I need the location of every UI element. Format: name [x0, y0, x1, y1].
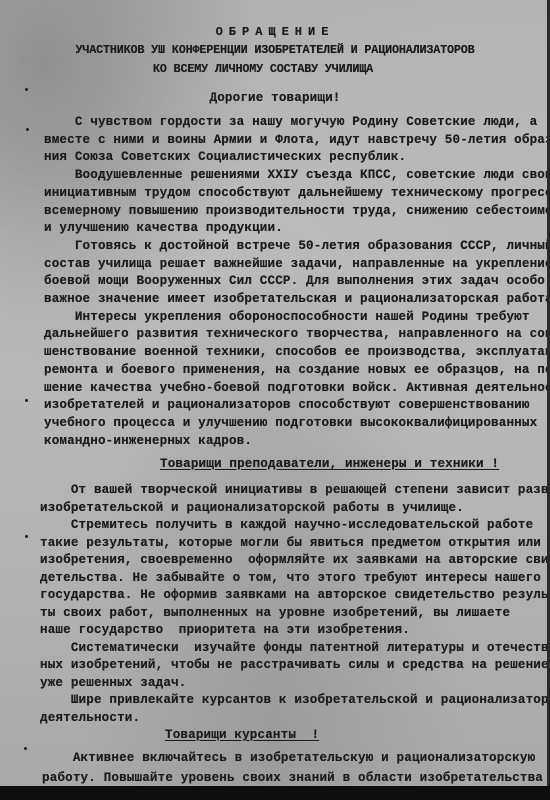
text-line: Шире привлекайте курсантов к изобретател… — [40, 692, 550, 708]
punch-hole-mark — [25, 399, 28, 402]
text-line: ния Союза Советских Социалистических рес… — [44, 149, 406, 165]
text-line: Систематически изучайте фонды патентной … — [40, 640, 550, 656]
subtitle-line-2: КО ВСЕМУ ЛИЧНОМУ СОСТАВУ УЧИЛИЩА — [0, 61, 538, 77]
text-line: изобретателей и рационализаторов способс… — [44, 397, 530, 413]
text-line: всемерному повышению производительности … — [44, 203, 550, 219]
text-line: важное значение имеет изобретательская и… — [44, 291, 550, 307]
text-line: Интересы укрепления обороноспособности н… — [44, 309, 530, 325]
text-line: дальнейшего развития технического творче… — [44, 326, 550, 342]
text-line: наше государство приоритета на эти изобр… — [40, 622, 410, 638]
punch-hole-mark — [25, 88, 28, 91]
text-line: изобретения, своевременно оформляйте их … — [40, 552, 550, 568]
text-line: С чувством гордости за нашу могучую Роди… — [44, 114, 537, 130]
punch-hole-mark — [25, 535, 28, 538]
text-line: уже решенных задач. — [40, 675, 186, 691]
text-line: Готовясь к достойной встрече 50-летия об… — [44, 238, 550, 254]
text-line: работу. Повышайте уровень своих знаний в… — [42, 770, 550, 786]
text-line: изобретательской и рационализаторской ра… — [40, 500, 464, 516]
greeting: Дорогие товарищи! — [0, 90, 550, 106]
document-title: ОБРАЩЕНИЕ — [0, 24, 550, 40]
punch-hole-mark — [24, 747, 27, 750]
document-page: ОБРАЩЕНИЕ УЧАСТНИКОВ УШ КОНФЕРЕНЦИИ ИЗОБ… — [0, 0, 550, 786]
text-line: шение качества учебно-боевой подготовки … — [44, 380, 550, 396]
text-line: государства. Не оформив заявками на авто… — [40, 587, 550, 603]
text-line: и улучшению качества продукции. — [44, 220, 283, 236]
text-line: инициативным трудом способствуют дальней… — [44, 185, 550, 201]
punch-hole-mark — [26, 128, 29, 131]
scan-edge-bottom — [0, 786, 550, 800]
text-line: вместе с ними и воины Армии и Флота, иду… — [44, 132, 550, 148]
text-line: детельства. Не забывайте о том, что этог… — [40, 570, 541, 586]
heading-cadets: Товарищи курсанты ! — [165, 727, 319, 743]
text-line: ремонта и боевого применения, на создани… — [44, 362, 550, 378]
text-line: От вашей творческой инициативы в решающе… — [40, 482, 550, 498]
text-line: Активнее включайтесь в изобретательскую … — [42, 750, 535, 766]
text-line: боевой мощи Вооруженных Сил СССР. Для вы… — [44, 273, 545, 289]
text-line: командно-инженерных кадров. — [44, 433, 252, 449]
text-line: Воодушевленные решениями XXIУ съезда КПС… — [44, 167, 550, 183]
text-line: деятельности. — [40, 710, 140, 726]
text-line: состав училища решает важнейшие задачи, … — [44, 256, 550, 272]
heading-teachers-engineers: Товарищи преподаватели, инженеры и техни… — [160, 456, 499, 472]
text-line: такие результаты, которые могли бы явить… — [40, 535, 541, 551]
text-line: Стремитесь получить в каждой научно-иссл… — [40, 517, 533, 533]
text-line: ных изобретений, чтобы не расстрачивать … — [40, 657, 549, 673]
subtitle-line-1: УЧАСТНИКОВ УШ КОНФЕРЕНЦИИ ИЗОБРЕТАТЕЛЕЙ … — [0, 42, 550, 58]
text-line: учебного процесса и улучшению подготовки… — [44, 415, 537, 431]
text-line: ты своих работ, выполненных на уровне из… — [40, 605, 510, 621]
text-line: шенствование военной техники, способов е… — [44, 344, 550, 360]
